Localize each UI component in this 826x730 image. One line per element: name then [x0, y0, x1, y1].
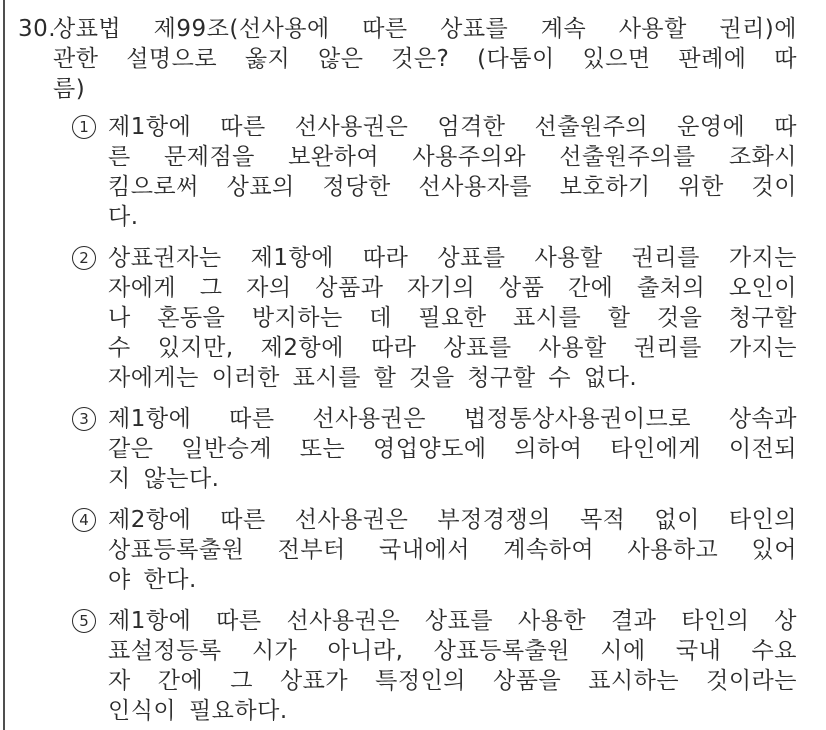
text-line: 자 간에 그 상표가 특정인의 상품을 표시하는 것이라는	[108, 666, 797, 696]
choice-3-text: 제1항에 따른 선사용권은 법정통상사용권이므로 상속과 같은 일반승계 또는 …	[108, 404, 797, 494]
choice-3-marker: 3	[72, 407, 96, 431]
text-line: 다.	[108, 202, 797, 232]
text-line: 수 있지만, 제2항에 따라 상표를 사용할 권리를 가지는	[108, 333, 797, 363]
choice-5-marker: 5	[72, 609, 96, 633]
choice-1-text: 제1항에 따른 선사용권은 엄격한 선출원주의 운영에 따 른 문제점을 보완하…	[108, 112, 797, 232]
question-block: 30. 상표법 제99조(선사용에 따른 상표를 계속 사용할 권리)에 관한 …	[18, 14, 797, 726]
text-line: 나 혼동을 방지하는 데 필요한 표시를 할 것을 청구할	[108, 303, 797, 333]
choice-2-digit: 2	[79, 251, 89, 266]
page-left-border	[3, 0, 5, 730]
choice-2-text: 상표권자는 제1항에 따라 상표를 사용할 권리를 가지는 자에게 그 자의 상…	[108, 243, 797, 393]
choice-2-marker: 2	[72, 246, 96, 270]
choice-4: 4 제2항에 따른 선사용권은 부정경쟁의 목적 없이 타인의 상표등록출원 전…	[72, 505, 797, 595]
text-line: 제1항에 따른 선사용권은 엄격한 선출원주의 운영에 따	[108, 112, 797, 142]
choice-5-text: 제1항에 따른 선사용권은 상표를 사용한 결과 타인의 상 표설정등록 시가 …	[108, 606, 797, 726]
choice-3: 3 제1항에 따른 선사용권은 법정통상사용권이므로 상속과 같은 일반승계 또…	[72, 404, 797, 494]
text-line: 상표권자는 제1항에 따라 상표를 사용할 권리를 가지는	[108, 243, 797, 273]
text-line: 자에게는 이러한 표시를 할 것을 청구할 수 없다.	[108, 363, 797, 393]
text-line: 자에게 그 자의 상품과 자기의 상품 간에 출처의 오인이	[108, 273, 797, 303]
choice-4-text: 제2항에 따른 선사용권은 부정경쟁의 목적 없이 타인의 상표등록출원 전부터…	[108, 505, 797, 595]
text-line: 지 않는다.	[108, 464, 797, 494]
question-line: 관한 설명으로 옳지 않은 것은? (다툼이 있으면 판례에 따	[53, 44, 797, 74]
question-number: 30.	[18, 14, 53, 44]
text-line: 상표등록출원 전부터 국내에서 계속하여 사용하고 있어	[108, 535, 797, 565]
text-line: 제1항에 따른 선사용권은 상표를 사용한 결과 타인의 상	[108, 606, 797, 636]
text-line: 제1항에 따른 선사용권은 법정통상사용권이므로 상속과	[108, 404, 797, 434]
text-line: 표설정등록 시가 아니라, 상표등록출원 시에 국내 수요	[108, 636, 797, 666]
choice-1: 1 제1항에 따른 선사용권은 엄격한 선출원주의 운영에 따 른 문제점을 보…	[72, 112, 797, 232]
question-line: 름)	[53, 74, 797, 104]
text-line: 른 문제점을 보완하여 사용주의와 선출원주의를 조화시	[108, 142, 797, 172]
choice-2: 2 상표권자는 제1항에 따라 상표를 사용할 권리를 가지는 자에게 그 자의…	[72, 243, 797, 393]
text-line: 인식이 필요하다.	[108, 696, 797, 726]
choice-5: 5 제1항에 따른 선사용권은 상표를 사용한 결과 타인의 상 표설정등록 시…	[72, 606, 797, 726]
text-line: 킴으로써 상표의 정당한 선사용자를 보호하기 위한 것이	[108, 172, 797, 202]
choices-list: 1 제1항에 따른 선사용권은 엄격한 선출원주의 운영에 따 른 문제점을 보…	[72, 112, 797, 726]
text-line: 제2항에 따른 선사용권은 부정경쟁의 목적 없이 타인의	[108, 505, 797, 535]
choice-4-marker: 4	[72, 508, 96, 532]
choice-1-digit: 1	[79, 120, 89, 135]
text-line: 야 한다.	[108, 565, 797, 595]
choice-4-digit: 4	[79, 513, 89, 528]
exam-page: 30. 상표법 제99조(선사용에 따른 상표를 계속 사용할 권리)에 관한 …	[0, 0, 826, 730]
text-line: 같은 일반승계 또는 영업양도에 의하여 타인에게 이전되	[108, 434, 797, 464]
question-line: 상표법 제99조(선사용에 따른 상표를 계속 사용할 권리)에	[53, 14, 797, 44]
choice-5-digit: 5	[79, 614, 89, 629]
question-body: 상표법 제99조(선사용에 따른 상표를 계속 사용할 권리)에 관한 설명으로…	[53, 14, 797, 726]
choice-3-digit: 3	[79, 412, 89, 427]
choice-1-marker: 1	[72, 115, 96, 139]
